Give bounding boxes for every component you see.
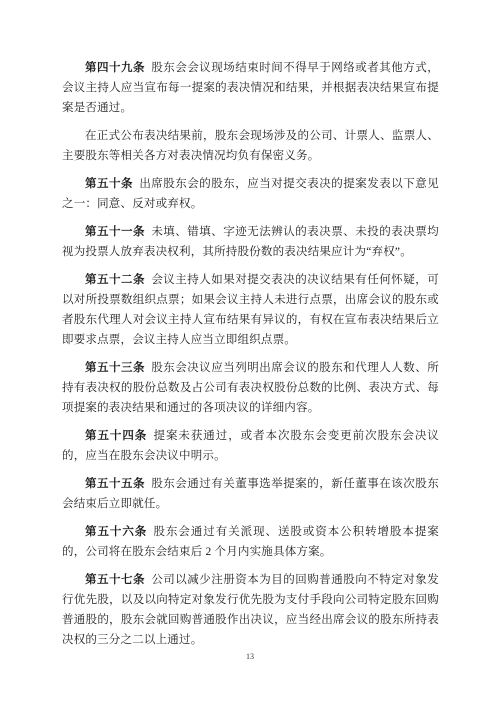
article-number: 第五十五条 — [85, 478, 145, 490]
article-number: 第五十一条 — [85, 226, 145, 238]
article-paragraph: 第五十二条会议主持人如果对提交表决的决议结果有任何怀疑，可以对所投票数组织点票；… — [62, 270, 439, 350]
article-paragraph: 第五十六条股东会通过有关派现、送股或资本公积转增股本提案的，公司将在股东会结束后… — [62, 522, 439, 562]
article-paragraph: 第五十一条未填、错填、字迹无法辨认的表决票、未投的表决票均视为投票人放弃表决权利… — [62, 222, 439, 262]
article-number: 第五十条 — [85, 178, 133, 190]
article-paragraph: 第四十九条股东会会议现场结束时间不得早于网络或者其他方式，会议主持人应当宣布每一… — [62, 58, 439, 118]
page-number: 13 — [0, 652, 500, 662]
article-paragraph: 在正式公布表决结果前，股东会现场涉及的公司、计票人、监票人、主要股东等相关各方对… — [62, 126, 439, 166]
article-number: 第五十四条 — [85, 430, 147, 442]
article-paragraph: 第五十三条股东会决议应当列明出席会议的股东和代理人人数、所持有表决权的股份总数及… — [62, 358, 439, 418]
article-paragraph: 第五十四条提案未获通过，或者本次股东会变更前次股东会决议的，应当在股东会决议中明… — [62, 426, 439, 466]
article-number: 第五十七条 — [85, 574, 145, 586]
article-paragraph: 第五十条出席股东会的股东，应当对提交表决的提案发表以下意见之一：同意、反对或弃权… — [62, 174, 439, 214]
document-content: 第四十九条股东会会议现场结束时间不得早于网络或者其他方式，会议主持人应当宣布每一… — [62, 58, 439, 658]
document-page: 第四十九条股东会会议现场结束时间不得早于网络或者其他方式，会议主持人应当宣布每一… — [0, 0, 500, 707]
article-number: 第四十九条 — [85, 62, 145, 74]
article-text: 在正式公布表决结果前，股东会现场涉及的公司、计票人、监票人、主要股东等相关各方对… — [62, 130, 439, 162]
article-paragraph: 第五十七条公司以减少注册资本为目的回购普通股向不特定对象发行优先股，以及以向特定… — [62, 570, 439, 650]
article-paragraph: 第五十五条股东会通过有关董事选举提案的，新任董事在该次股东会结束后立即就任。 — [62, 474, 439, 514]
article-number: 第五十六条 — [85, 526, 147, 538]
article-number: 第五十三条 — [85, 362, 145, 374]
article-number: 第五十二条 — [85, 274, 145, 286]
